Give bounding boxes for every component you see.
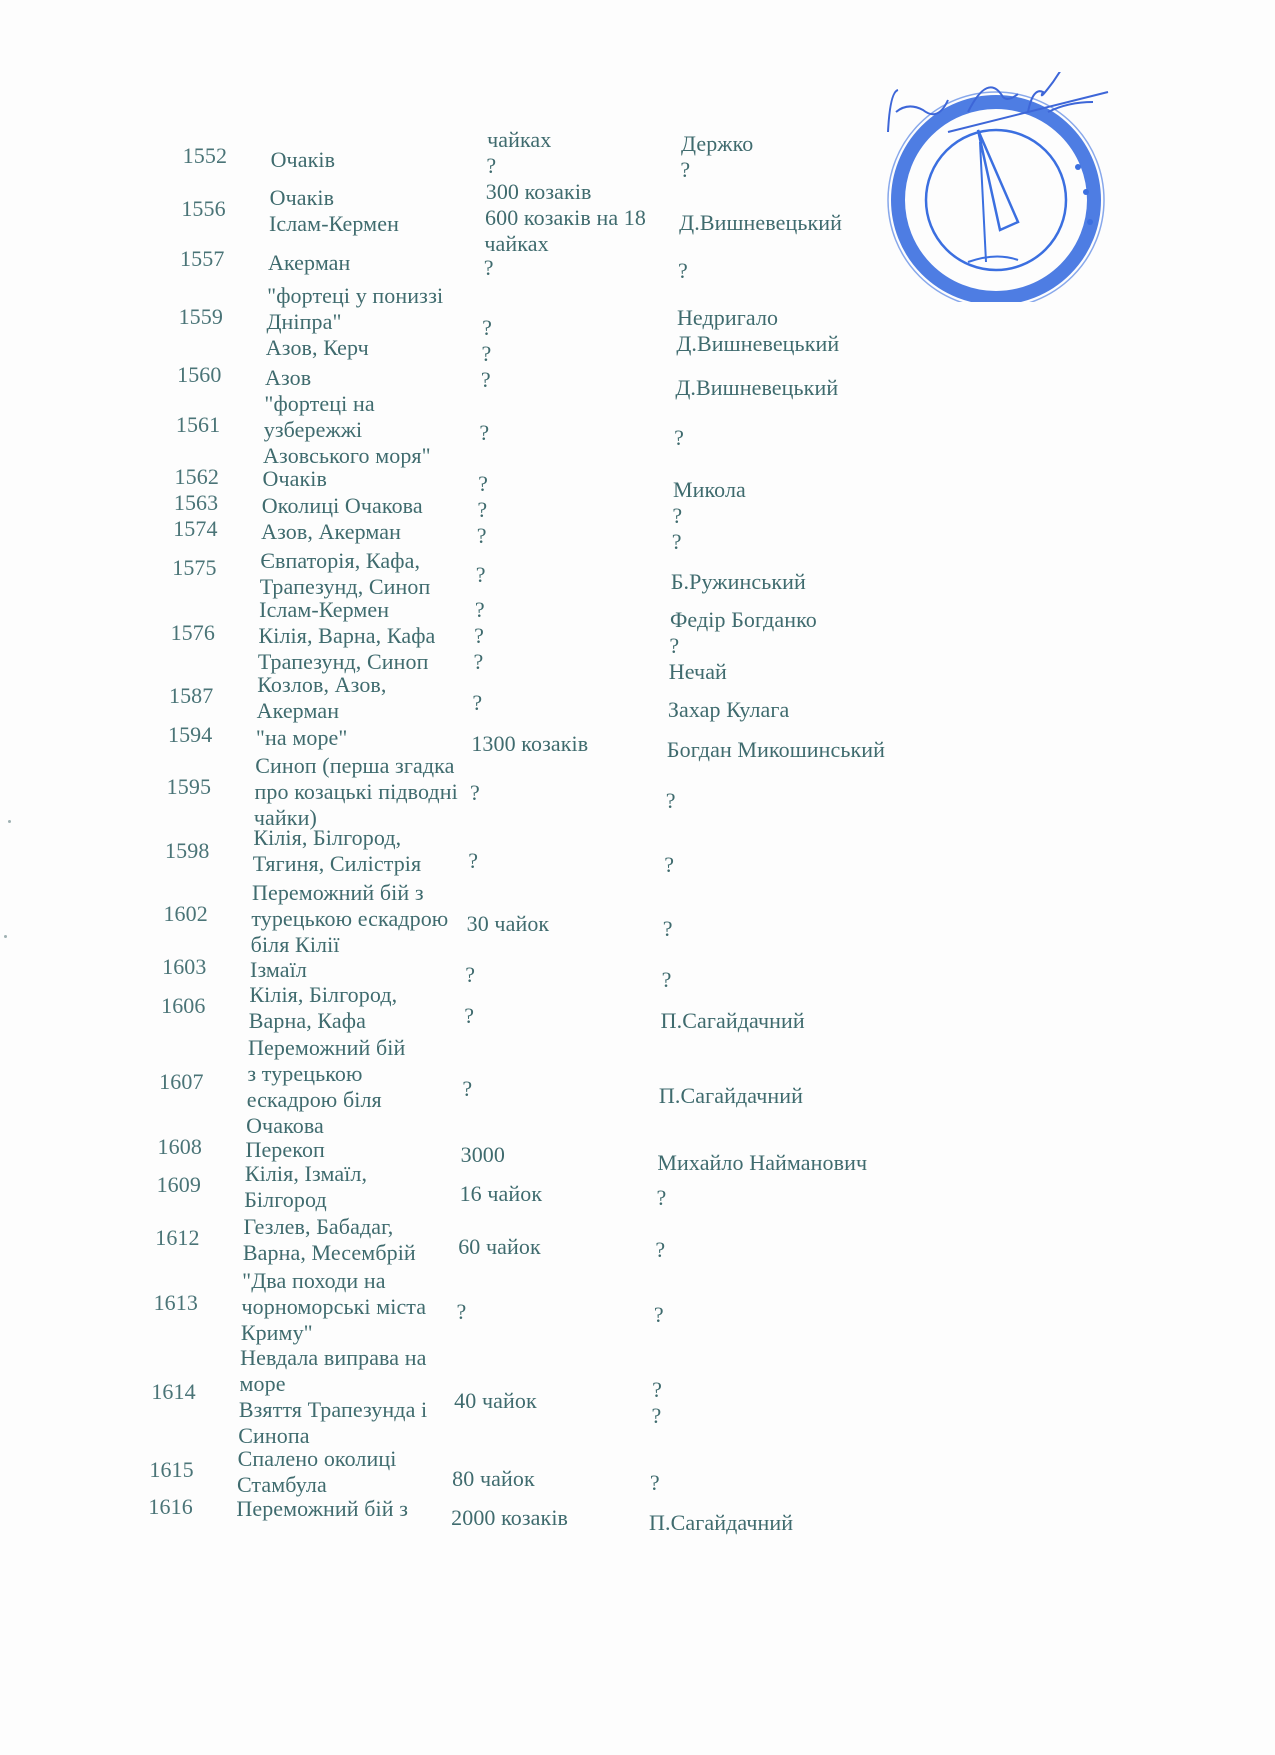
forces-cell: ? [476, 562, 486, 588]
leader-cell: П.Сагайдачний [659, 1083, 803, 1109]
forces-cell: 3000 [461, 1142, 505, 1168]
target-cell: ескадрою біля [247, 1087, 382, 1113]
forces-cell: ? [468, 848, 478, 874]
year-cell: 1587 [169, 683, 213, 709]
leader-cell: ? [662, 967, 672, 993]
forces-cell: 600 козаків на 18 [485, 205, 646, 231]
target-cell: Переможний бій [248, 1035, 405, 1061]
year-cell: 1598 [165, 838, 209, 864]
forces-cell: ? [477, 497, 487, 523]
leader-cell: П.Сагайдачний [649, 1510, 793, 1536]
target-cell: Кілія, Варна, Кафа [258, 623, 435, 649]
forces-cell: ? [477, 523, 487, 549]
target-cell: Євпаторія, Кафа, [260, 548, 420, 574]
target-cell: Дніпра" [266, 309, 341, 335]
leader-cell: ? [674, 425, 684, 451]
leader-cell: ? [654, 1302, 664, 1328]
year-cell: 1614 [151, 1379, 195, 1405]
forces-cell: ? [472, 690, 482, 716]
forces-cell: ? [470, 780, 480, 806]
forces-cell: чайках [484, 231, 548, 257]
scan-speck [8, 820, 11, 823]
leader-cell: Нечай [669, 659, 727, 685]
forces-cell: ? [478, 471, 488, 497]
target-cell: Стамбула [237, 1472, 327, 1498]
target-cell: Переможний бій з [236, 1496, 408, 1522]
forces-cell: 1300 козаків [471, 731, 588, 757]
forces-cell: ? [473, 649, 483, 675]
target-cell: Очаків [271, 147, 336, 173]
official-stamp-icon [868, 72, 1118, 302]
target-cell: Кілія, Ізмаїл, [245, 1161, 367, 1187]
target-cell: Синоп (перша згадка [255, 753, 454, 779]
leader-cell: Микола [673, 477, 746, 503]
forces-cell: ? [484, 255, 494, 281]
forces-cell: 16 чайок [460, 1181, 543, 1207]
leader-cell: Б.Ружинський [671, 569, 806, 595]
year-cell: 1612 [155, 1225, 199, 1251]
target-cell: Акерман [268, 250, 350, 276]
scan-speck [4, 935, 7, 938]
target-cell: Козлов, Азов, [257, 672, 386, 698]
year-cell: 1559 [179, 304, 223, 330]
leader-cell: ? [669, 633, 679, 659]
leader-cell: ? [651, 1403, 661, 1429]
target-cell: Варна, Месембрій [243, 1240, 416, 1266]
target-cell: море [240, 1371, 286, 1397]
target-cell: Кілія, Білгород, [253, 825, 401, 851]
target-cell: Азов, Керч [266, 335, 369, 361]
leader-cell: Д.Вишневецький [676, 331, 839, 357]
forces-cell: ? [479, 420, 489, 446]
target-cell: Ізмаїл [250, 957, 307, 983]
leader-cell: Держко [681, 131, 753, 157]
target-cell: Кілія, Білгород, [249, 982, 397, 1008]
leader-cell: ? [650, 1470, 660, 1496]
leader-cell: Д.Вишневецький [675, 375, 838, 401]
target-cell: Невдала виправа на [240, 1345, 426, 1371]
year-cell: 1557 [180, 246, 224, 272]
forces-cell: ? [462, 1076, 472, 1102]
target-cell: Тягиня, Силістрія [253, 851, 422, 877]
forces-cell: ? [465, 962, 475, 988]
target-cell: Азов [265, 365, 311, 391]
year-cell: 1602 [163, 901, 207, 927]
forces-cell: ? [464, 1003, 474, 1029]
target-cell: Перекоп [245, 1137, 324, 1163]
target-cell: Гезлев, Бабадаг, [244, 1214, 394, 1240]
forces-cell: 300 козаків [486, 179, 592, 205]
target-cell: Варна, Кафа [249, 1008, 366, 1034]
year-cell: 1561 [176, 412, 220, 438]
target-cell: Околиці Очакова [262, 493, 423, 519]
forces-cell: ? [481, 341, 491, 367]
target-cell: чорноморські міста [241, 1294, 426, 1320]
year-cell: 1603 [162, 954, 206, 980]
year-cell: 1594 [168, 722, 212, 748]
leader-cell: ? [672, 529, 682, 555]
leader-cell: ? [664, 852, 674, 878]
leader-cell: ? [652, 1377, 662, 1403]
year-cell: 1560 [177, 362, 221, 388]
leader-cell: Захар Кулага [668, 697, 790, 723]
leader-cell: Богдан Микошинський [667, 737, 885, 763]
forces-cell: ? [475, 597, 485, 623]
target-cell: Очакова [246, 1113, 324, 1139]
leader-cell: Недригало [677, 305, 778, 331]
leader-cell: П.Сагайдачний [661, 1008, 805, 1034]
year-cell: 1608 [158, 1134, 202, 1160]
forces-cell: 40 чайок [454, 1388, 537, 1414]
year-cell: 1576 [171, 620, 215, 646]
leader-cell: ? [657, 1185, 667, 1211]
target-cell: про козацькі підводні [255, 779, 458, 805]
target-cell: Іслам-Кермен [259, 597, 389, 623]
target-cell: біля Кілії [251, 932, 340, 958]
year-cell: 1595 [167, 774, 211, 800]
forces-cell: 2000 козаків [451, 1505, 568, 1531]
year-cell: 1575 [172, 555, 216, 581]
leader-cell: ? [655, 1237, 665, 1263]
leader-cell: ? [663, 916, 673, 942]
target-cell: "фортеці на [264, 391, 374, 417]
year-cell: 1616 [148, 1494, 192, 1520]
leader-cell: ? [678, 258, 688, 284]
target-cell: Спалено околиці [238, 1446, 397, 1472]
leader-cell: Федір Богданко [670, 607, 817, 633]
target-cell: Білгород [244, 1187, 327, 1213]
leader-cell: ? [680, 157, 690, 183]
leader-cell: ? [666, 788, 676, 814]
target-cell: узбережжі [264, 417, 363, 443]
year-cell: 1562 [175, 464, 219, 490]
leader-cell: ? [672, 503, 682, 529]
target-cell: Азов, Акерман [261, 519, 401, 545]
target-cell: Переможний бій з [252, 880, 424, 906]
year-cell: 1607 [159, 1069, 203, 1095]
target-cell: Очаків [270, 185, 335, 211]
scanned-document-page: 1552Очаківчайках?Держко?1556ОчаківІслам-… [0, 0, 1275, 1755]
forces-cell: ? [481, 367, 491, 393]
forces-cell: 30 чайок [467, 911, 550, 937]
forces-cell: ? [474, 623, 484, 649]
target-cell: Очаків [262, 466, 327, 492]
year-cell: 1574 [173, 516, 217, 542]
target-cell: з турецькою [247, 1061, 362, 1087]
year-cell: 1613 [154, 1290, 198, 1316]
target-cell: "фортеці у пониззі [267, 283, 443, 309]
year-cell: 1563 [174, 490, 218, 516]
forces-cell: ? [486, 153, 496, 179]
forces-cell: ? [482, 315, 492, 341]
forces-cell: ? [457, 1299, 467, 1325]
target-cell: Взяття Трапезунда і [239, 1397, 427, 1423]
target-cell: Криму" [241, 1320, 313, 1346]
leader-cell: Михайло Найманович [657, 1150, 867, 1176]
year-cell: 1609 [157, 1172, 201, 1198]
target-cell: "на море" [256, 725, 348, 751]
forces-cell: 60 чайок [458, 1234, 541, 1260]
target-cell: Іслам-Кермен [269, 211, 399, 237]
forces-cell: чайках [487, 127, 551, 153]
target-cell: "Два походи на [242, 1268, 386, 1294]
year-cell: 1615 [149, 1457, 193, 1483]
year-cell: 1556 [181, 196, 225, 222]
year-cell: 1552 [183, 143, 227, 169]
forces-cell: 80 чайок [452, 1466, 535, 1492]
leader-cell: Д.Вишневецький [679, 210, 842, 236]
target-cell: турецькою ескадрою [251, 906, 448, 932]
year-cell: 1606 [161, 993, 205, 1019]
target-cell: Акерман [257, 698, 339, 724]
